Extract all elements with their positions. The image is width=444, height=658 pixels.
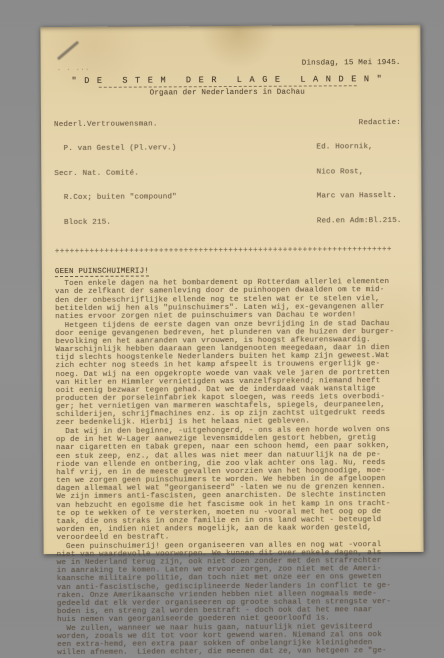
- paper-sheet: . . ... Dinsdag, 15 Mei 1945. " D E S T …: [40, 25, 423, 554]
- article-paragraph: Dat wij in den beginne, -uitgehongerd, -…: [56, 426, 404, 542]
- masthead-title: " D E S T E M D E R L A G E L A N D E N …: [54, 74, 401, 86]
- masthead-title-underline: [98, 85, 356, 88]
- article-paragraph: Geen puinschuimerij! geen organiseeren v…: [57, 541, 404, 600]
- issue-marks: . . ...: [57, 65, 90, 73]
- date-line: Dinsdag, 15 Mei 1945.: [54, 59, 401, 69]
- masthead-right-line: Nico Rost,: [317, 168, 402, 177]
- article-paragraph: Toen enkele dagen na het bombardement op…: [55, 278, 402, 321]
- masthead-columns: Nederl.Vertrouwensman. P. van Gestel (Pl…: [54, 102, 402, 243]
- masthead-left-line: Block 215.: [55, 218, 177, 227]
- masthead-right-line: Redactie:: [316, 119, 401, 128]
- article: GEEN PUINSCHUIMERIJ! Toen enkele dagen n…: [55, 258, 404, 600]
- pencil-mark: [57, 41, 80, 61]
- article-heading: GEEN PUINSCHUIMERIJ!: [55, 268, 149, 278]
- masthead-left-column: Nederl.Vertrouwensman. P. van Gestel (Pl…: [54, 104, 177, 243]
- masthead-left-line: Secr. Nat. Comité.: [54, 169, 176, 178]
- masthead-left-line: Nederl.Vertrouwensman.: [54, 120, 176, 129]
- plus-separator: ++++++++++++++++++++++++++++++++++++++++…: [55, 246, 402, 256]
- article-paragraph: Hetgeen tijdens de eerste dagen van onze…: [55, 320, 403, 428]
- masthead-right-line: Ed. Hoornik,: [316, 143, 401, 152]
- masthead-right-column: Redactie: Ed. Hoornik, Nico Rost, Marc v…: [316, 102, 402, 241]
- masthead-left-line: R.Cox; buiten "compound": [54, 193, 176, 202]
- masthead-right-line: Red.en Adm:Bl.215.: [317, 216, 402, 225]
- masthead-subtitle: Orgaan der Nederlanders in Dachau: [54, 88, 401, 98]
- masthead-left-line: P. van Gestel (Pl.verv.): [54, 144, 176, 153]
- masthead-right-line: Marc van Hasselt.: [317, 192, 402, 201]
